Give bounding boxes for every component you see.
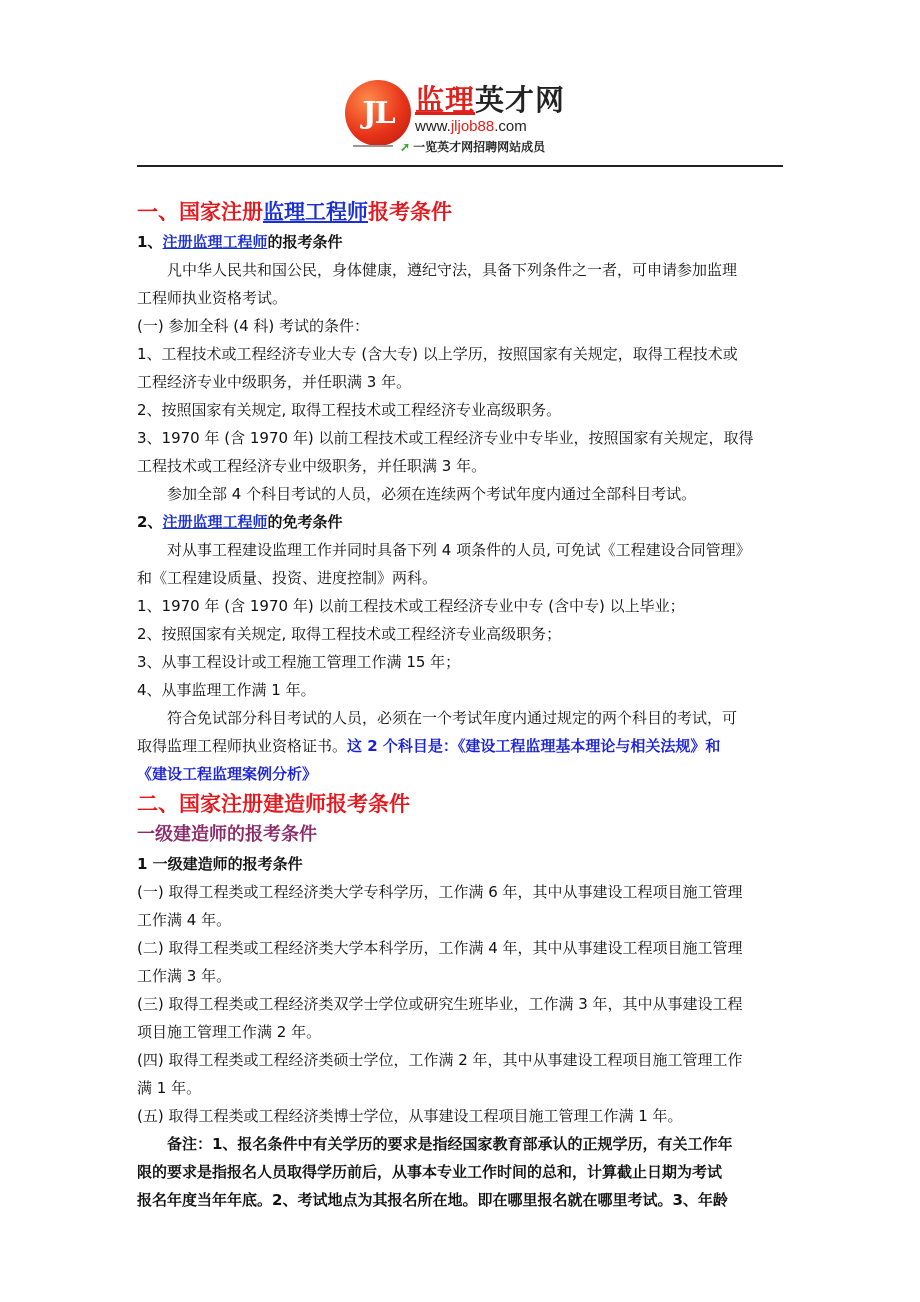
list-item: 4、从事监理工作满 1 年。 [137, 676, 785, 704]
url-suffix: .com [494, 118, 527, 135]
paragraph: 凡中华人民共和国公民，身体健康，遵纪守法，具备下列条件之一者，可申请参加监理 [137, 256, 785, 284]
list-item: 2、按照国家有关规定, 取得工程技术或工程经济专业高级职务。 [137, 396, 785, 424]
note-paragraph: 备注：1、报名条件中有关学历的要求是指经国家教育部承认的正规学历，有关工作年 [137, 1130, 785, 1158]
list-item: 1、工程技术或工程经济专业大专 (含大专) 以上学历，按照国家有关规定，取得工程… [137, 340, 785, 368]
list-item: 3、1970 年 (含 1970 年) 以前工程技术或工程经济专业中专毕业，按照… [137, 424, 785, 452]
list-item: 满 1 年。 [137, 1074, 785, 1102]
section1-sub2: 2、注册监理工程师的免考条件 [137, 508, 785, 536]
section2-title: 二、国家注册建造师报考条件 [137, 788, 785, 820]
list-item: 工程经济专业中级职务，并任职满 3 年。 [137, 368, 785, 396]
note-paragraph: 报名年度当年年底。2、考试地点为其报名所在地。即在哪里报名就在哪里考试。3、年龄 [137, 1186, 785, 1214]
url-domain: jljob88 [451, 118, 494, 135]
paragraph: 取得监理工程师执业资格证书。这 2 个科目是：《建设工程监理基本理论与相关法规》… [137, 732, 785, 760]
paragraph: 参加全部 4 个科目考试的人员，必须在连续两个考试年度内通过全部科目考试。 [137, 480, 785, 508]
header-divider [137, 165, 783, 167]
section2-sub-heading: 1 一级建造师的报考条件 [137, 850, 785, 878]
leaf-icon: ➚ [400, 140, 410, 154]
section1-title: 一、国家注册监理工程师报考条件 [137, 196, 785, 228]
paragraph: 和《工程建设质量、投资、进度控制》两科。 [137, 564, 785, 592]
section2-subtitle: 一级建造师的报考条件 [137, 820, 785, 850]
document-body: 一、国家注册监理工程师报考条件 1、注册监理工程师的报考条件 凡中华人民共和国公… [137, 196, 785, 1214]
paragraph: 符合免试部分科目考试的人员，必须在一个考试年度内通过规定的两个科目的考试，可 [137, 704, 785, 732]
list-item: (二) 取得工程类或工程经济类大学本科学历，工作满 4 年，其中从事建设工程项目… [137, 934, 785, 962]
list-heading: (一) 参加全科 (4 科) 考试的条件： [137, 312, 785, 340]
list-item: 项目施工管理工作满 2 年。 [137, 1018, 785, 1046]
list-item: 工程技术或工程经济专业中级职务，并任职满 3 年。 [137, 452, 785, 480]
paragraph-text: 取得监理工程师执业资格证书。 [137, 737, 347, 755]
site-name-dark: 英才网 [475, 83, 565, 117]
paragraph: 对从事工程建设监理工作并同时具备下列 4 项条件的人员, 可免试《工程建设合同管… [137, 536, 785, 564]
title-suffix: 报考条件 [368, 200, 452, 224]
site-name-red: 监理 [415, 83, 475, 117]
list-item: (一) 取得工程类或工程经济类大学专科学历，工作满 6 年，其中从事建设工程项目… [137, 878, 785, 906]
site-logo[interactable]: JL 监理英才网 www.jljob88.com ➚一览英才网招聘网站成员 [345, 78, 595, 160]
title-prefix: 一、国家注册 [137, 200, 263, 224]
supervision-engineer-link[interactable]: 监理工程师 [263, 200, 368, 224]
registered-engineer-link-1[interactable]: 注册监理工程师 [162, 233, 267, 251]
list-item: (五) 取得工程类或工程经济类博士学位，从事建设工程项目施工管理工作满 1 年。 [137, 1102, 785, 1130]
url-prefix: www. [415, 118, 451, 135]
sub1-suffix: 的报考条件 [267, 233, 342, 251]
site-url[interactable]: www.jljob88.com [415, 118, 527, 135]
list-item: 工作满 4 年。 [137, 906, 785, 934]
list-item: 2、按照国家有关规定, 取得工程技术或工程经济专业高级职务； [137, 620, 785, 648]
list-item: 工作满 3 年。 [137, 962, 785, 990]
site-slogan: ➚一览英才网招聘网站成员 [400, 138, 545, 155]
registered-engineer-link-2[interactable]: 注册监理工程师 [162, 513, 267, 531]
section1-sub1: 1、注册监理工程师的报考条件 [137, 228, 785, 256]
list-item: (四) 取得工程类或工程经济类硕士学位，工作满 2 年，其中从事建设工程项目施工… [137, 1046, 785, 1074]
slogan-text: 一览英才网招聘网站成员 [413, 140, 545, 154]
sub2-prefix: 2、 [137, 513, 162, 531]
list-item: (三) 取得工程类或工程经济类双学士学位或研究生班毕业，工作满 3 年，其中从事… [137, 990, 785, 1018]
paragraph: 工程师执业资格考试。 [137, 284, 785, 312]
note-paragraph: 限的要求是指报名人员取得学历前后，从事本专业工作时间的总和，计算截止日期为考试 [137, 1158, 785, 1186]
logo-mark: JL [345, 80, 411, 146]
sub2-suffix: 的免考条件 [267, 513, 342, 531]
highlight-text: 这 2 个科目是：《建设工程监理基本理论与相关法规》和 [347, 737, 720, 755]
sub1-prefix: 1、 [137, 233, 162, 251]
site-name: 监理英才网 [415, 84, 565, 116]
list-item: 1、1970 年 (含 1970 年) 以前工程技术或工程经济专业中专 (含中专… [137, 592, 785, 620]
logo-divider [353, 145, 393, 147]
highlight-text: 《建设工程监理案例分析》 [137, 760, 785, 788]
list-item: 3、从事工程设计或工程施工管理工作满 15 年； [137, 648, 785, 676]
